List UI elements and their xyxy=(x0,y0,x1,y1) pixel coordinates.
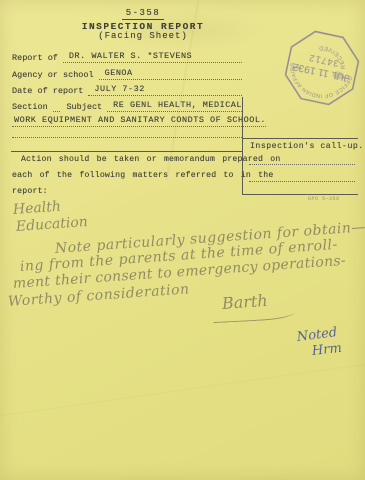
section-blank xyxy=(53,111,61,112)
section-label: Section xyxy=(12,102,53,112)
document-page: 5-358 INSPECTION REPORT (Facing Sheet) R… xyxy=(0,0,365,480)
field-section-subject: Section Subject RE GENL HEALTH, MEDICAL xyxy=(12,98,242,112)
subject-value-line2: WORK EQUIPMENT AND SANITARY CONDTS OF SC… xyxy=(12,115,266,127)
handwritten-signature: Barth xyxy=(221,291,268,313)
handwritten-note-health: Health xyxy=(12,199,61,218)
agency-value: GENOA xyxy=(99,68,242,80)
empty-dotted-line xyxy=(12,137,242,138)
agency-label: Agency or school xyxy=(12,70,99,80)
report-of-value: DR. WALTER S. *STEVENS xyxy=(63,51,242,63)
callup-label: Inspection's call-up. xyxy=(250,142,364,151)
callup-box-bottom-border xyxy=(242,194,358,195)
field-agency: Agency or school GENOA xyxy=(12,66,242,80)
received-date-stamp: OFFICE OF INDIAN AFFAIRS JUL 11 1932 347… xyxy=(281,22,363,114)
report-of-label: Report of xyxy=(12,53,63,63)
callup-dotted-line-1 xyxy=(249,164,355,165)
handwritten-noted-initials: Hrm xyxy=(311,341,342,359)
subject-label: Subject xyxy=(60,102,107,112)
date-label: Date of report xyxy=(12,86,88,96)
field-date: Date of report JULY 7-32 xyxy=(12,82,242,96)
subject-value: RE GENL HEALTH, MEDICAL xyxy=(107,100,242,112)
signature-underline-flourish xyxy=(213,312,295,323)
field-report-of: Report of DR. WALTER S. *STEVENS xyxy=(12,49,242,63)
callup-dotted-line-2 xyxy=(249,181,355,182)
document-subtitle: (Facing Sheet) xyxy=(28,31,258,41)
instruction-line-3: report: xyxy=(12,187,246,196)
instruction-line-1: Action should be taken or memorandum pre… xyxy=(12,155,255,164)
callup-box-top-border xyxy=(242,138,358,139)
handwritten-note-education: Education xyxy=(15,214,88,235)
form-number-text: 5-358 xyxy=(122,8,165,20)
date-value: JULY 7-32 xyxy=(88,84,242,96)
field-subject-continued: WORK EQUIPMENT AND SANITARY CONDTS OF SC… xyxy=(12,113,242,127)
section-divider-line xyxy=(11,151,243,152)
form-number: 5-358 xyxy=(28,8,258,18)
instruction-line-2: each of the following matters referred t… xyxy=(12,171,246,180)
print-code: GPO 5—358 xyxy=(308,196,340,202)
callup-box-left-border xyxy=(242,97,243,195)
